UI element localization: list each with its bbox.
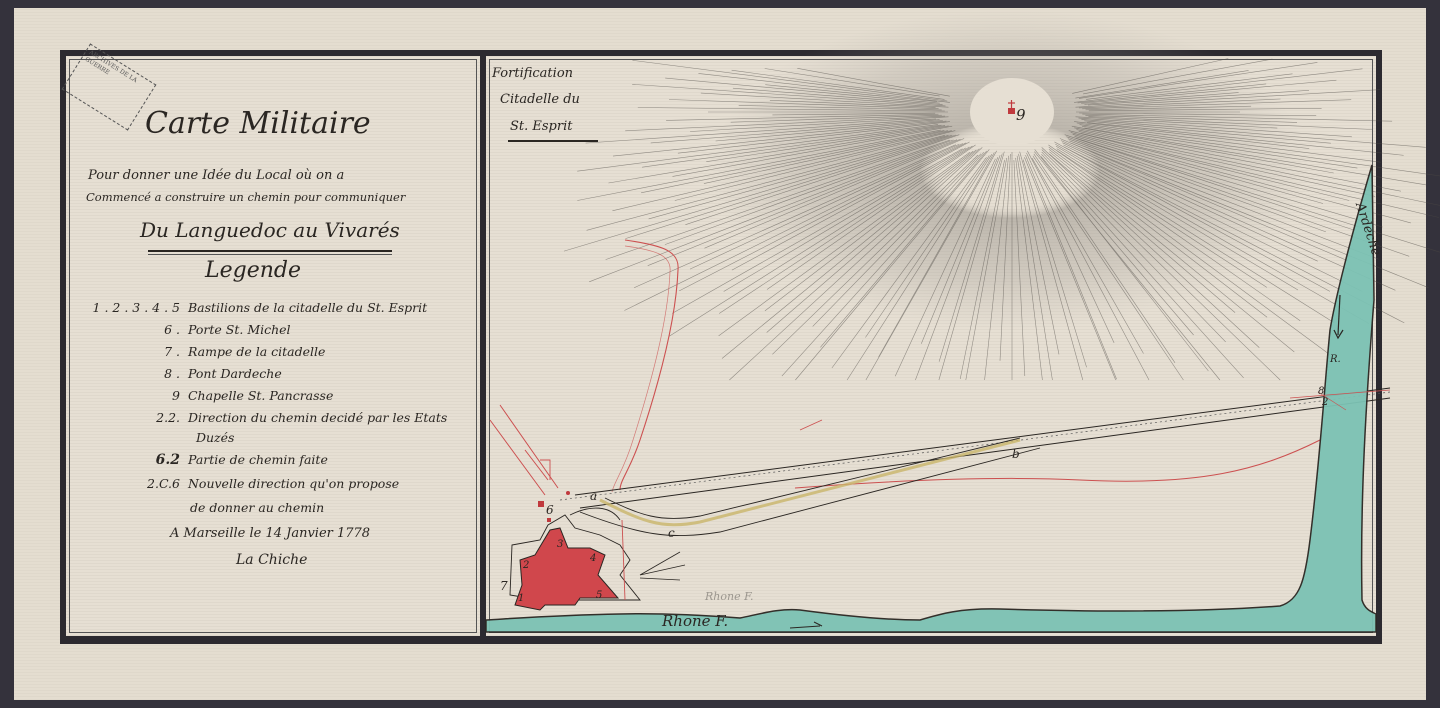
road-decided bbox=[560, 388, 1390, 508]
label-bridge-2: 2 bbox=[1321, 397, 1328, 408]
bastion-4: 4 bbox=[589, 553, 596, 564]
red-route-west bbox=[490, 405, 558, 495]
label-point-c: c bbox=[668, 526, 675, 540]
citadel-fort bbox=[515, 528, 618, 610]
bastion-1: 1 bbox=[518, 593, 524, 604]
bastion-5: 5 bbox=[596, 590, 602, 601]
label-gate-6: 6 bbox=[546, 503, 554, 517]
label-point-a: a bbox=[590, 489, 597, 503]
plan-drawing: 1 2 3 4 5 6 7 a b c 8 2 9 Rhone F. Rhone… bbox=[0, 0, 1440, 708]
gate-marker bbox=[538, 501, 544, 507]
label-chapel-9: 9 bbox=[1016, 106, 1026, 124]
label-ramp-7: 7 bbox=[500, 579, 508, 593]
label-point-b: b bbox=[1012, 447, 1020, 461]
label-ardeche-r: R. bbox=[1329, 354, 1341, 365]
label-rhone: Rhone F. bbox=[661, 612, 728, 630]
label-rhone-faint: Rhone F. bbox=[704, 590, 754, 603]
hill-hachure bbox=[710, 10, 1310, 330]
bastion-2: 2 bbox=[522, 560, 529, 571]
label-bridge-8: 8 bbox=[1318, 386, 1324, 397]
red-route-south bbox=[795, 440, 1320, 488]
bastion-3: 3 bbox=[557, 539, 563, 550]
